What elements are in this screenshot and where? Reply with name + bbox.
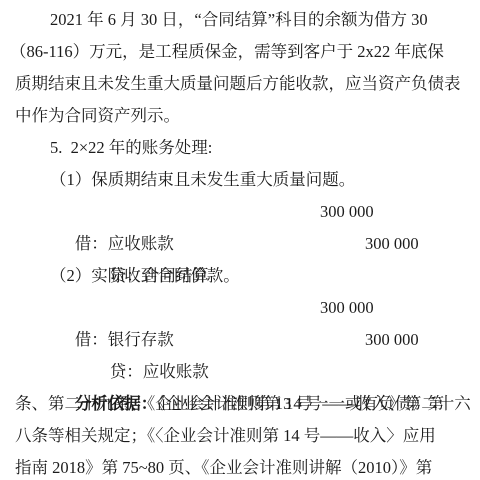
intro-line-1: 2021 年 6 月 30 日，“合同结算”科目的余额为借方 30 [15, 4, 466, 36]
intro-paragraph: 2021 年 6 月 30 日，“合同结算”科目的余额为借方 30 （86-11… [15, 4, 466, 132]
journal-amount: 300 000 [320, 196, 374, 228]
journal-account: 贷：合同结算 [110, 266, 209, 285]
section-heading: 5. 2×22 年的账务处理: [15, 132, 466, 164]
item-1-title: （1）保质期结束且未发生重大质量问题。 [15, 164, 466, 196]
intro-line-4: 中作为合同资产列示。 [15, 100, 466, 132]
document-page: 2021 年 6 月 30 日，“合同结算”科目的余额为借方 30 （86-11… [0, 0, 480, 480]
analysis-paragraph: 分析依据：《企业会计准则第 14 号——收入》第二十六 条、第二十九条、《企业会… [15, 356, 466, 480]
journal-amount: 300 000 [365, 324, 419, 356]
analysis-line-4: 指南 2018》第 75~80 页、《企业会计准则讲解（2010）》第 [15, 452, 466, 480]
item-2-title: （2）实际收到合同价款。 [15, 260, 466, 292]
analysis-line-2: 条、第二十九条、《企业会计准则第 13 号一一或有负债》第 [15, 388, 466, 420]
journal-entry-debit: 借：应收账款 300 000 [15, 196, 466, 228]
journal-entry-credit: 贷：合同结算 300 000 [15, 228, 466, 260]
analysis-line-3: 八条等相关规定；《〈企业会计准则第 14 号——收入〉应用 [15, 420, 466, 452]
intro-line-2: （86-116）万元，是工程质保金，需等到客户于 2x22 年底保 [10, 36, 466, 68]
intro-line-3: 质期结束且未发生重大质量问题后方能收款，应当资产负债表 [15, 68, 466, 100]
journal-account: 贷：应收账款 [110, 362, 209, 381]
analysis-line-1: 分析依据：《企业会计准则第 14 号——收入》第二十六 [15, 356, 466, 388]
journal-entry-credit: 贷：应收账款 300 000 [15, 324, 466, 356]
journal-amount: 300 000 [320, 292, 374, 324]
item-1: （1）保质期结束且未发生重大质量问题。 借：应收账款 300 000 贷：合同结… [15, 164, 466, 260]
item-2: （2）实际收到合同价款。 借：银行存款 300 000 贷：应收账款 300 0… [15, 260, 466, 356]
journal-amount: 300 000 [365, 228, 419, 260]
journal-entry-debit: 借：银行存款 300 000 [15, 292, 466, 324]
